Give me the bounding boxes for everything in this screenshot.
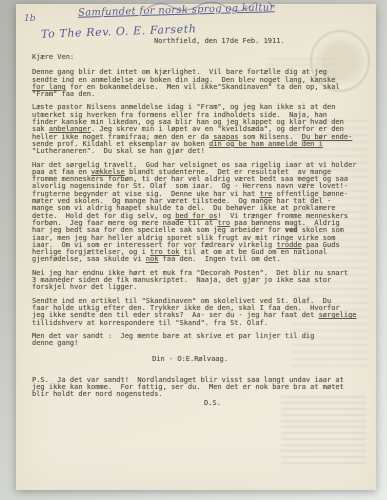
underlined-text: din og be ham anmelde den i xyxy=(209,140,323,148)
letter-line: Men det var sandt : Jeg mente bare at sk… xyxy=(32,333,368,340)
typed-text: "Fram" faa den. xyxy=(32,90,95,98)
postscript-initials: D.S. xyxy=(204,400,368,407)
letter-page: 1b Samfundet for norsk sprog og kultur T… xyxy=(16,4,376,490)
letter-paragraph: Sendte ind en artikel til "Skandinaven" … xyxy=(32,298,368,327)
typed-text: "Lutheraneren". Du skal se han gjør det! xyxy=(32,147,205,155)
signature: Din - O:E.Rølvaag. xyxy=(12,356,368,363)
typed-text: faa den. Ingen tvil om det. xyxy=(158,255,280,263)
typed-text: forskjel hvor det ligger. xyxy=(32,283,137,291)
dateline: Northfield, den 17de Feb. 1911. xyxy=(154,38,285,45)
letter-line: forskjel hvor det ligger. xyxy=(32,284,368,291)
letter-body: Kjære Ven: Denne gang blir det intet om … xyxy=(32,54,368,407)
letter-line: "Fram" faa den. xyxy=(32,91,368,98)
underlined-text: nok xyxy=(146,255,159,263)
letter-paragraph: Har det sørgelig travelt. Gud har velsig… xyxy=(32,162,368,264)
letter-paragraph: Denne gang blir det intet om kjærlighet.… xyxy=(32,69,368,98)
typed-text: blir holdt der nord nogensteds. xyxy=(32,390,163,398)
letter-paragraph: Men det var sandt : Jeg mente bare at sk… xyxy=(32,333,368,348)
postscript: P.S. Ja det var sandt! Nordlandslaget bl… xyxy=(32,377,368,399)
handwritten-archive-note: Samfundet for norsk sprog og kultur xyxy=(78,2,275,18)
typed-text: denne gang! xyxy=(32,339,78,347)
letter-paragraph: Nei jeg har endnu ikke hørt et muk fra "… xyxy=(32,270,368,292)
typed-text: gjenfødelse, saa skulde vi xyxy=(32,255,146,263)
typed-text: for en bokanmeldelse. Men vil ikke"Skand… xyxy=(66,83,340,91)
letter-paragraph: Læste pastor Nilsens anmeldelse idag i "… xyxy=(32,104,368,155)
underlined-text: sørgelige xyxy=(319,311,357,319)
letter-line: "Lutheraneren". Du skal se han gjør det! xyxy=(32,148,368,155)
letter-line: tillidshverv at korrespondere til "Skand… xyxy=(32,320,368,327)
letter-line: gjenfødelse, saa skulde vi nok faa den. … xyxy=(32,256,368,263)
salutation: Kjære Ven: xyxy=(32,54,368,61)
letter-line: denne gang! xyxy=(32,340,368,347)
archive-page-number: 1b xyxy=(24,14,36,24)
typed-text: tillidshverv at korrespondere til "Skand… xyxy=(32,319,268,327)
letter-paragraphs: Denne gang blir det intet om kjærlighet.… xyxy=(32,69,368,347)
letter-line: blir holdt der nord nogensteds. xyxy=(32,391,368,398)
